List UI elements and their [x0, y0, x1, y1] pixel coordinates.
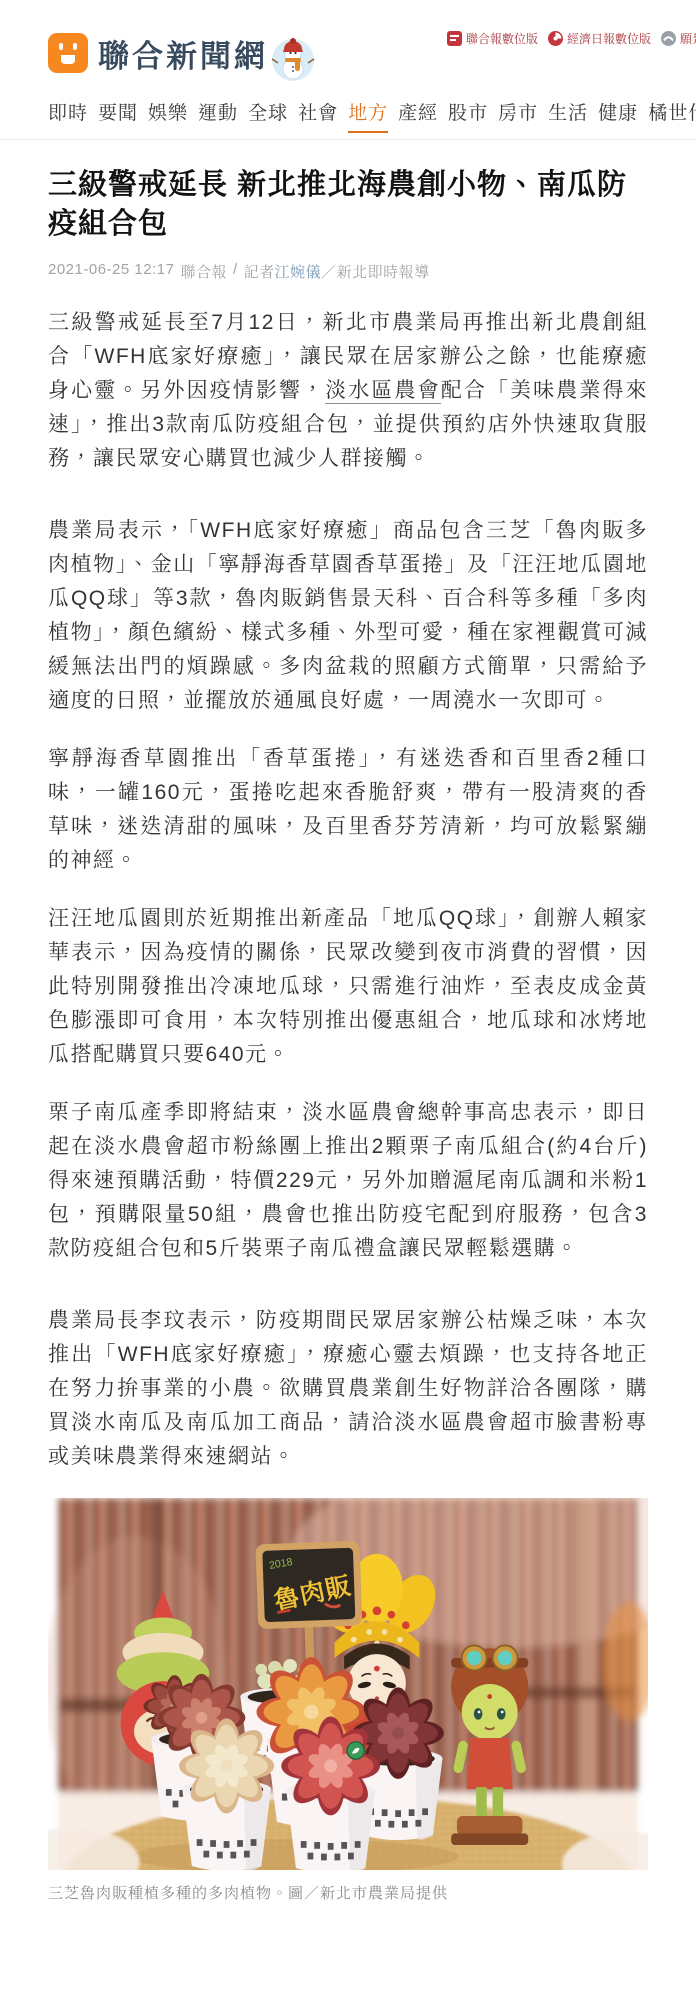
photo-caption: 三芝魯肉販種植多種的多肉植物。圖／新北市農業局提供 — [48, 1882, 648, 1903]
article-paragraph-2: 農業局表示，「WFH底家好療癒」商品包含三芝「魯肉販多肉植物」、金山「寧靜海香草… — [48, 514, 648, 718]
byline: 2021-06-25 12:17 聯合報 / 記者江婉儀／新北即時報導 — [48, 261, 648, 282]
nav-item-sports[interactable]: 運動 — [198, 98, 238, 133]
udn-logo[interactable]: 聯合新聞網 — [48, 31, 268, 76]
site-title: 聯合新聞網 — [98, 31, 268, 76]
keyword-link-farmers-association[interactable]: 農會 — [395, 379, 441, 404]
link-vision-project[interactable]: 願景工程 — [661, 30, 696, 47]
snowman-icon — [270, 37, 316, 83]
article-figure: 2018 魯肉販 — [48, 1498, 648, 1903]
article-paragraph-5: 栗子南瓜產季即將結束，淡水區農會總幹事高忠表示，即日起在淡水農會超市粉絲團上推出… — [48, 1096, 648, 1266]
top-links: 聯合報數位版 經濟日報數位版 願景工程 — [447, 30, 696, 47]
economic-daily-icon — [548, 31, 563, 46]
page-title: 三級警戒延長 新北推北海農創小物、南瓜防疫組合包 — [48, 166, 648, 245]
nav-item-business[interactable]: 產經 — [398, 98, 438, 133]
link-udn-digital[interactable]: 聯合報數位版 — [447, 30, 538, 47]
succulents-photo-illustration: 2018 魯肉販 — [48, 1498, 648, 1870]
vision-project-icon — [661, 31, 676, 46]
article-paragraph-1: 三級警戒延長至7月12日，新北市農業局再推出新北農創組合「WFH底家好療癒」，讓… — [48, 306, 648, 476]
publish-time: 2021-06-25 12:17 — [48, 261, 174, 282]
udn-paper-icon — [447, 31, 462, 46]
byline-separator: / — [233, 261, 238, 282]
nav-item-society[interactable]: 社會 — [298, 98, 338, 133]
nav-item-local[interactable]: 地方 — [348, 98, 388, 133]
news-page: 聯合新聞網 — [0, 0, 696, 1998]
site-header: 聯合新聞網 — [0, 0, 696, 140]
article-photo[interactable]: 2018 魯肉販 — [48, 1498, 648, 1870]
nav-item-life[interactable]: 生活 — [548, 98, 588, 133]
article-paragraph-3: 寧靜海香草園推出「香草蛋捲」，有迷迭香和百里香2種口味，一罐160元，蛋捲吃起來… — [48, 742, 648, 878]
source-name: 聯合報 — [180, 261, 227, 282]
nav-item-health[interactable]: 健康 — [598, 98, 638, 133]
udn-face-icon — [48, 33, 88, 73]
article-paragraph-6: 農業局長李玟表示，防疫期間民眾居家辦公枯燥乏味，本次推出「WFH底家好療癒」，療… — [48, 1304, 648, 1474]
reporter-line: 記者江婉儀／新北即時報導 — [244, 261, 430, 282]
nav-item-stocks[interactable]: 股市 — [448, 98, 488, 133]
article: 三級警戒延長 新北推北海農創小物、南瓜防疫組合包 2021-06-25 12:1… — [0, 166, 696, 1903]
nav-item-instant[interactable]: 即時 — [48, 98, 88, 133]
nav-item-global[interactable]: 全球 — [248, 98, 288, 133]
nav-item-entertainment[interactable]: 娛樂 — [148, 98, 188, 133]
article-body: 三級警戒延長至7月12日，新北市農業局再推出新北農創組合「WFH底家好療癒」，讓… — [48, 306, 648, 1474]
keyword-link-tamsui-district[interactable]: 淡水區 — [325, 379, 394, 404]
reporter-link[interactable]: 江婉儀 — [275, 264, 322, 281]
nav-item-headlines[interactable]: 要聞 — [98, 98, 138, 133]
nav-item-orange-generation[interactable]: 橘世代 — [648, 98, 696, 133]
nav-item-housing[interactable]: 房市 — [498, 98, 538, 133]
link-economic-daily-digital[interactable]: 經濟日報數位版 — [548, 30, 651, 47]
main-nav: 即時 要聞 娛樂 運動 全球 社會 地方 產經 股市 房市 生活 健康 橘世代 — [48, 98, 696, 133]
article-paragraph-4: 汪汪地瓜園則於近期推出新產品「地瓜QQ球」，創辦人賴家華表示，因為疫情的關係，民… — [48, 902, 648, 1072]
